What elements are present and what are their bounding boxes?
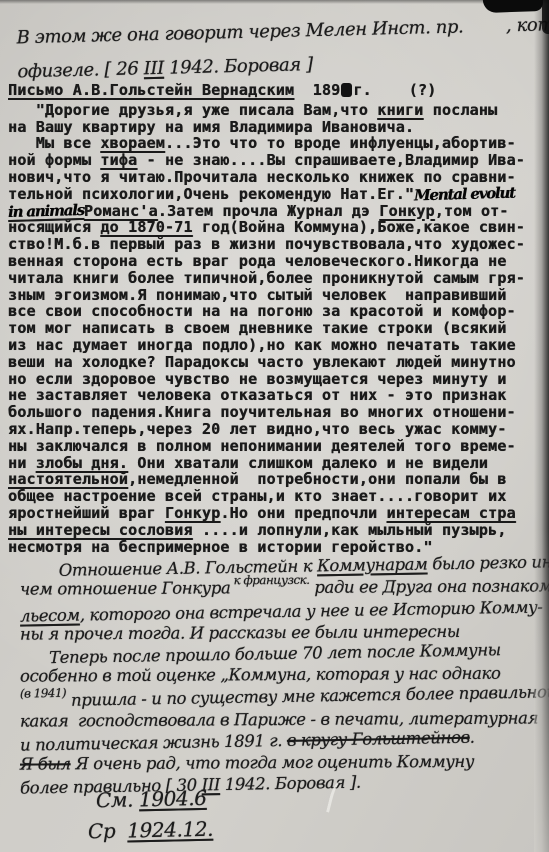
text-line: все свои способности на на погоню за кра…	[8, 303, 547, 320]
text-line: том мог написать в своем дневнике такие …	[8, 320, 547, 337]
underlined-text: хвораем	[100, 134, 165, 152]
text-segment: В этом же она говорит через Мелен Инст. …	[16, 11, 549, 48]
underlined-text: in animals	[8, 202, 84, 221]
text-segment: См.	[96, 787, 139, 812]
text-segment: ни	[8, 454, 36, 472]
text-line: ны заключался в полном непонимании деяте…	[8, 438, 547, 455]
underlined-text: III	[144, 58, 165, 79]
text-segment: не заставляет человека отказаться от них…	[8, 386, 506, 404]
text-line: Ср 1924.12.	[88, 814, 214, 848]
underlined-text: тифа	[100, 151, 137, 169]
text-segment: но если здоровое чувство не возмущается …	[8, 370, 506, 388]
text-segment: чем отношение Гонкура	[20, 579, 231, 599]
text-segment: в кругу Гольштейнов	[287, 728, 470, 750]
text-segment: ,немедленной потребности,они попали бы в	[128, 470, 506, 488]
text-line: нович,что я читаю.Прочитала несколько кн…	[8, 169, 547, 186]
text-line: на Вашу квартиру на имя Владимира Иванов…	[8, 119, 547, 136]
text-segment: 1942. Боровая ]	[164, 54, 313, 79]
underlined-text: ны интересы сословия	[8, 521, 193, 539]
text-segment: 1891 г.	[224, 731, 287, 751]
text-segment: .	[470, 728, 475, 747]
text-segment: офизеле. [ 26	[17, 58, 144, 82]
text-segment: к французск.	[230, 570, 309, 592]
text-segment: большого падения.Книга поучительная во м…	[8, 403, 516, 421]
text-line: настоятельной,немедленной потребности,он…	[8, 471, 547, 488]
text-line: не заставляет человека отказаться от них…	[8, 387, 547, 404]
underlined-text: льесом	[20, 605, 80, 625]
text-segment: ,том от-	[435, 202, 509, 220]
text-line: тельной психологии,Очень рекомендую Нат.…	[8, 186, 547, 203]
underlined-text: настоятельной	[8, 470, 128, 488]
underlined-text: до 1870-71	[100, 218, 192, 236]
text-segment: - не знаю....Вы спрашиваете,Владимир Ива…	[137, 151, 525, 169]
handwritten-reference-notes: См. 1904.6Ср 1924.12.	[96, 784, 213, 846]
text-line: См. 1904.6	[96, 783, 214, 816]
text-segment: .Затем прочла Журнал дэ	[158, 202, 380, 220]
text-segment: носящийся	[8, 218, 100, 236]
text-segment: Мы все	[8, 134, 100, 152]
text-segment: Ср	[88, 818, 128, 843]
text-segment: общее настроение всей страны,и кто знает…	[8, 487, 506, 505]
handwritten-annotation-top: В этом же она говорит через Мелен Инст. …	[16, 9, 536, 90]
text-line: ны интересы сословия ....и лопнули,как м…	[8, 522, 547, 539]
text-line: читала книги более типичной,более проник…	[8, 270, 547, 287]
text-line: веши на холодке? Парадоксы часто увлекаю…	[8, 354, 547, 371]
underlined-text: Романс'а	[84, 202, 158, 220]
text-segment: ство!М.б.в первый раз в жизни почувствов…	[8, 235, 525, 253]
text-line: ни злобы дня. Они хватали слишком далеко…	[8, 455, 547, 472]
underlined-text: Гонкур	[165, 504, 220, 522]
text-line: из нас думает иногда подло),но как можно…	[8, 337, 547, 354]
text-segment: ны заключался в полном непонимании деяте…	[8, 437, 516, 455]
underlined-text: Гонкур	[379, 202, 434, 220]
text-segment: несмотря на беспримерное в истории герой…	[8, 538, 433, 556]
text-segment: (в 1941)	[20, 683, 67, 705]
underlined-text: интересам стра	[386, 504, 515, 522]
text-line: ях.Напр.теперь,через 20 лет видно,что ве…	[8, 421, 547, 438]
text-segment: ....и лопнули,как мыльный пузырь,	[193, 521, 507, 539]
text-segment: Они хватали слишком далеко и не видели	[128, 454, 488, 472]
text-segment: нович,что я читаю.Прочитала несколько кн…	[8, 168, 516, 186]
text-line: общее настроение всей страны,и кто знает…	[8, 488, 547, 505]
underlined-text: Коммунарам	[317, 554, 428, 575]
typewritten-letter-body: Письмо А.В.Гольстейн Вернадским 189г. (?…	[8, 82, 547, 555]
text-line: яростнейший враг Гонкур.Но они предпочли…	[8, 505, 547, 522]
text-segment: на Вашу квартиру на имя Владимира Иванов…	[8, 118, 414, 136]
text-segment: ...Это что то вроде инфлуенцы,абортив-	[165, 134, 516, 152]
text-line: зным эгоизмом.Я понимаю,что сытый челове…	[8, 287, 547, 304]
text-segment: было резко иным	[427, 552, 549, 574]
text-segment: яростнейший враг	[8, 504, 165, 522]
scanned-letter-page: В этом же она говорит через Мелен Инст. …	[0, 0, 549, 852]
text-line: in animalsРоманс'а.Затем прочла Журнал д…	[8, 203, 547, 220]
text-segment: год(Война Коммуна),Боже,какое свин-	[193, 218, 525, 236]
text-segment: г. (?)	[353, 81, 436, 99]
text-line: венная сторона есть враг рода человеческ…	[8, 253, 547, 270]
text-segment: веши на холодке? Парадоксы часто увлекаю…	[8, 353, 516, 371]
underlined-text: книги	[377, 101, 423, 119]
scan-edge-fade	[534, 528, 549, 852]
text-segment: из нас думает иногда подло),но как можно…	[8, 336, 516, 354]
text-segment: зным эгоизмом.Я понимаю,что сытый челове…	[8, 286, 506, 304]
text-segment: венная сторона есть враг рода человеческ…	[8, 252, 506, 270]
text-line: но если здоровое чувство не возмущается …	[8, 371, 547, 388]
text-segment: 189	[294, 81, 340, 99]
text-line: носящийся до 1870-71 год(Война Коммуна),…	[8, 219, 547, 236]
text-segment: "Дорогие друзья,я уже писала Вам,что	[8, 101, 377, 119]
underlined-text: злобы дня.	[36, 454, 128, 472]
text-segment: Mental evolut	[414, 184, 515, 204]
text-line: ство!М.б.в первый раз в жизни почувствов…	[8, 236, 547, 253]
text-line: "Дорогие друзья,я уже писала Вам,что кни…	[8, 102, 547, 119]
text-line: большого падения.Книга поучительная во м…	[8, 404, 547, 421]
scan-artifact-blob	[483, 0, 543, 13]
text-segment: ях.Напр.теперь,через 20 лет видно,что ве…	[8, 420, 506, 438]
underlined-text: Письмо А.В.Гольстейн Вернадским	[8, 81, 294, 99]
text-segment: читала книги более типичной,более проник…	[8, 269, 525, 287]
handwritten-postscript: Отношение А.В. Гольстейн к Коммунарам бы…	[20, 556, 545, 794]
text-line: Письмо А.В.Гольстейн Вернадским 189г. (?…	[8, 82, 547, 99]
text-segment: посланы	[423, 101, 497, 119]
scan-top-shadow	[0, 0, 549, 4]
text-segment: ной формы	[8, 151, 100, 169]
text-segment: все свои способности на на погоню за кра…	[8, 302, 516, 320]
ink-blot	[341, 83, 352, 97]
underlined-text: 1904.6	[139, 786, 207, 811]
text-segment: том мог написать в своем дневнике такие …	[8, 319, 506, 337]
text-line: Мы все хвораем...Это что то вроде инфлуе…	[8, 135, 547, 152]
text-line: ной формы тифа - не знаю....Вы спрашивае…	[8, 152, 547, 169]
text-segment: ради ее Друга она познакомилась с	[309, 576, 549, 597]
underlined-text: 1924.12.	[127, 817, 213, 843]
scan-artifact-corner	[542, 0, 549, 34]
text-segment: тельной психологии,Очень рекомендую Нат.…	[8, 185, 414, 203]
text-segment: Я был	[20, 754, 71, 773]
text-segment: .Но они предпочли	[220, 504, 386, 522]
